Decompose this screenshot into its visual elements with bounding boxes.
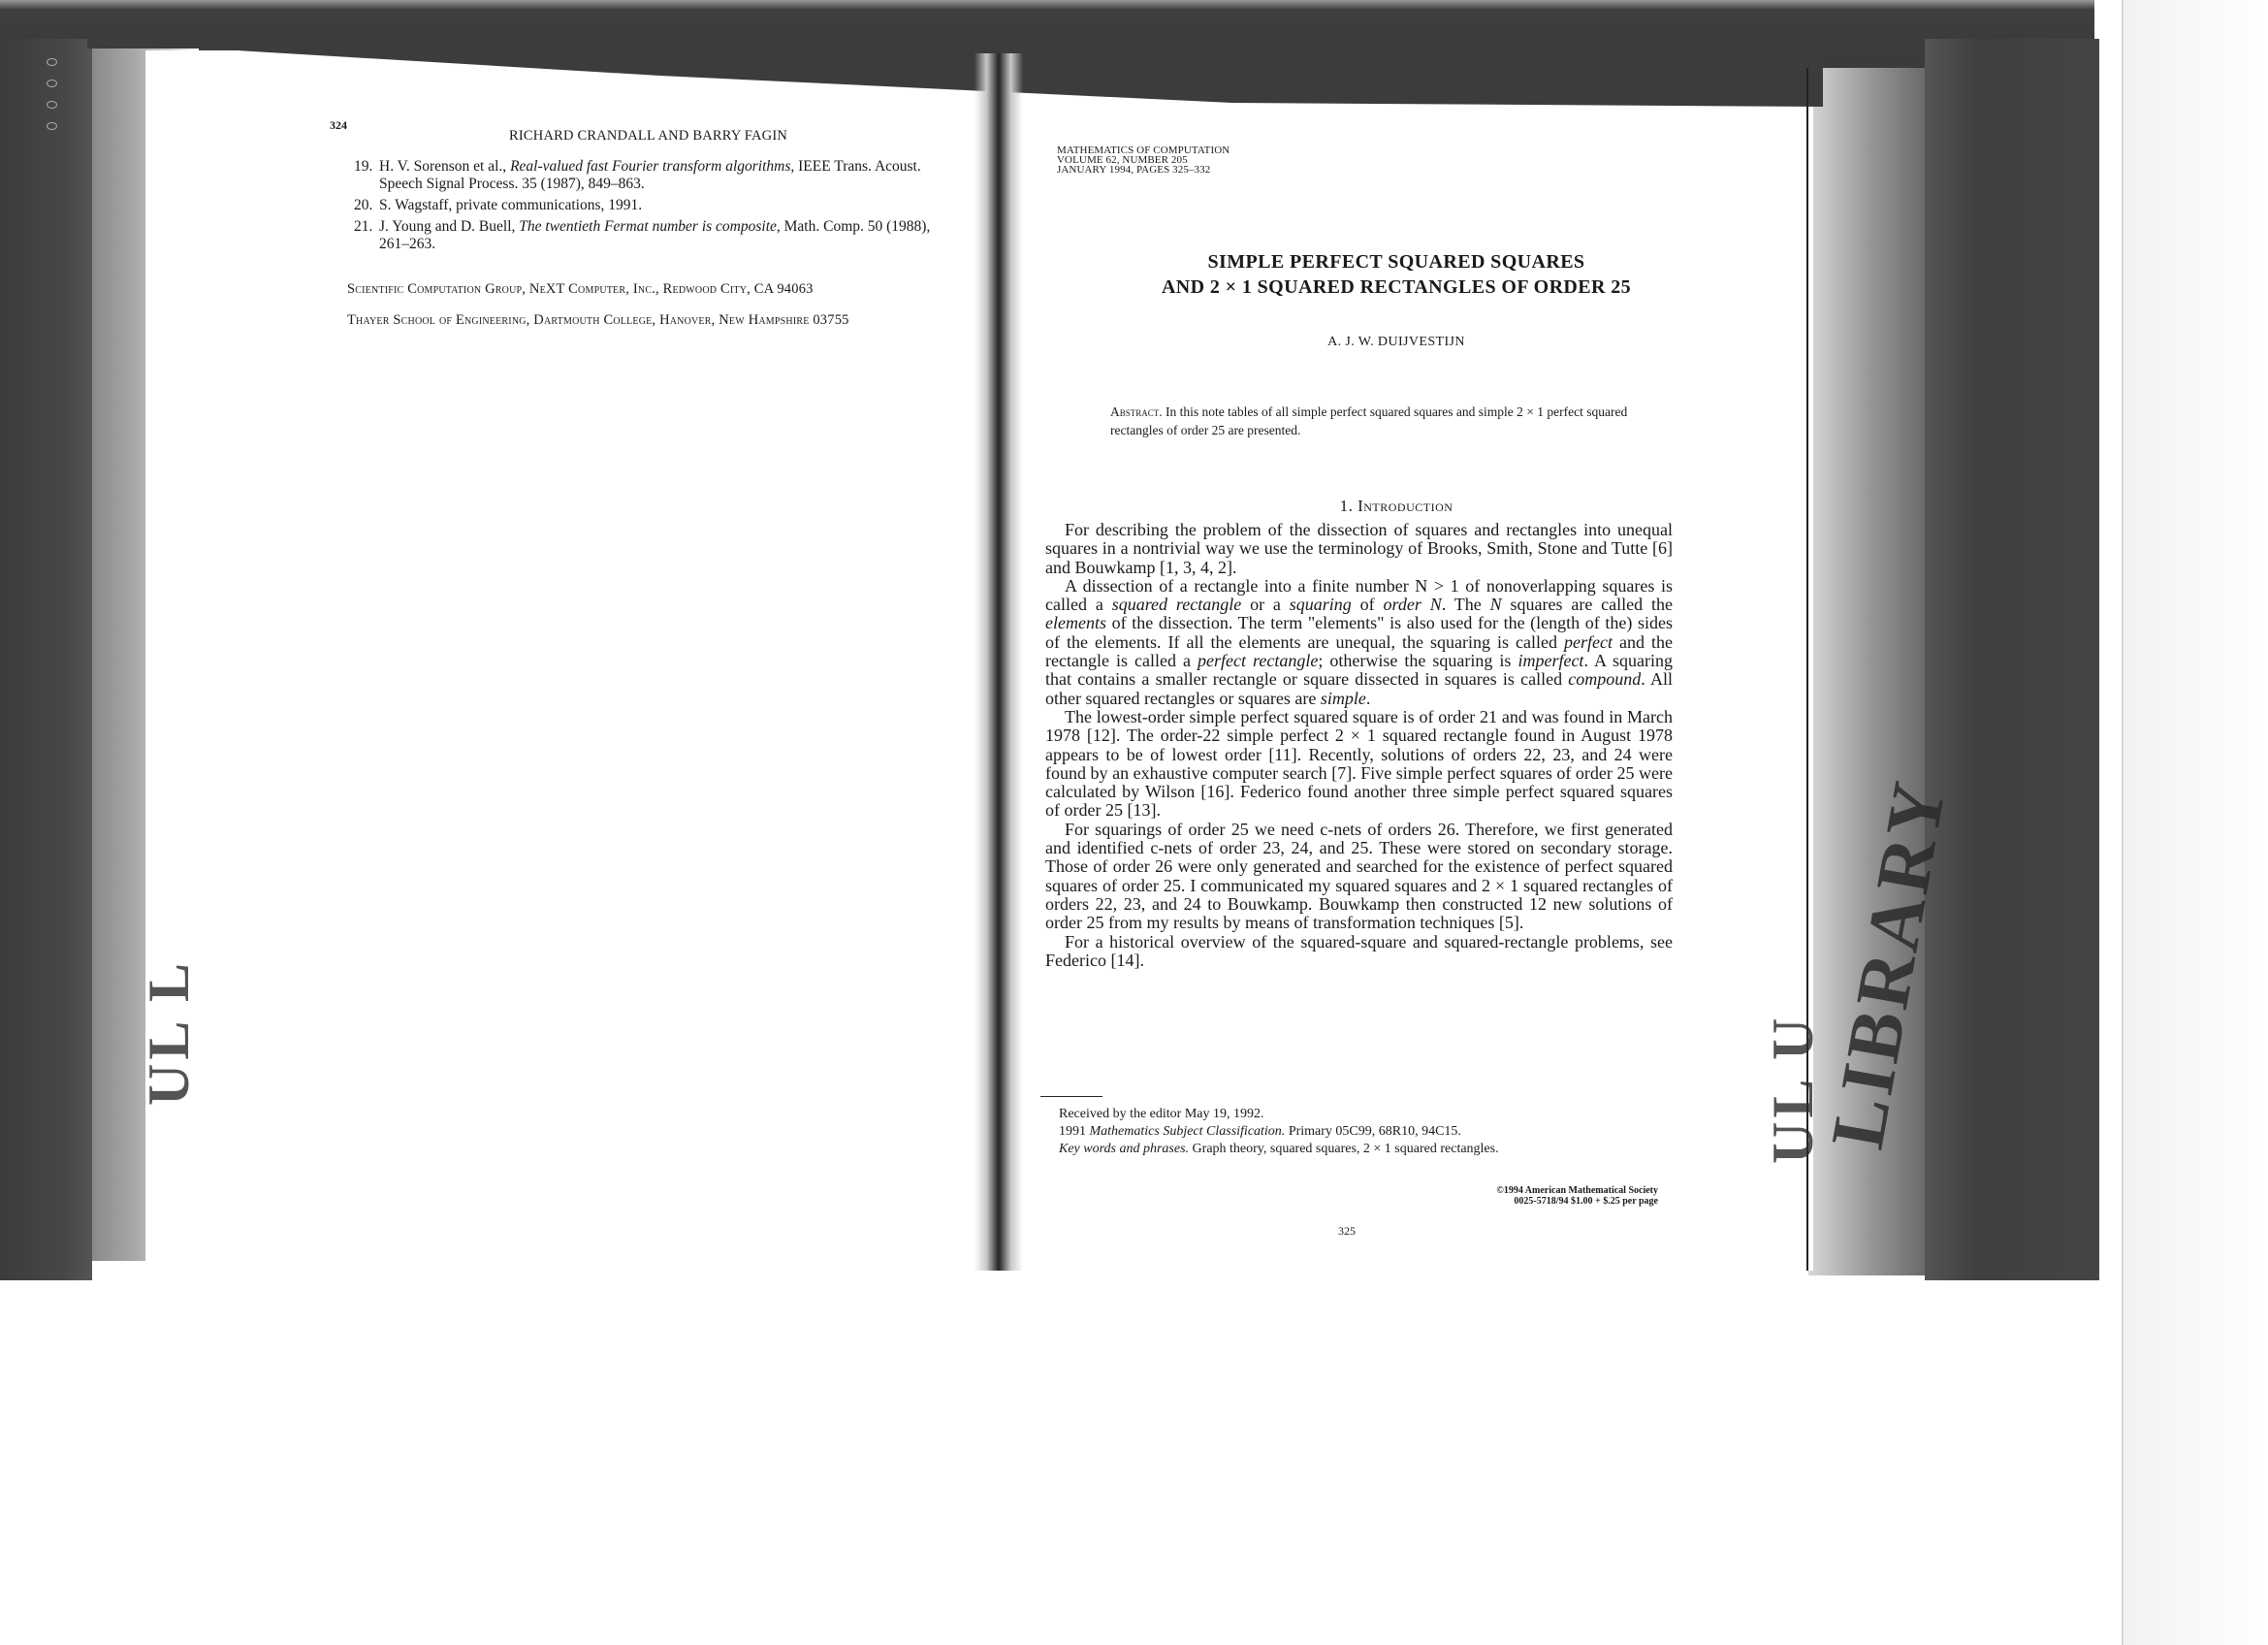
copyright-line: ©1994 American Mathematical Society bbox=[1406, 1185, 1658, 1196]
footnote-rule bbox=[1040, 1096, 1102, 1097]
page-number-right: 325 bbox=[1338, 1224, 1356, 1239]
journal-info: MATHEMATICS OF COMPUTATION VOLUME 62, NU… bbox=[1057, 145, 1230, 175]
binding-hole-icon bbox=[47, 122, 57, 130]
binding-holes bbox=[47, 58, 60, 144]
footnote-received: Received by the editor May 19, 1992. bbox=[1059, 1106, 1641, 1123]
running-header: RICHARD CRANDALL AND BARRY FAGIN bbox=[509, 128, 787, 145]
paragraph: A dissection of a rectangle into a finit… bbox=[1045, 577, 1673, 708]
footnote-keywords: Key words and phrases. Graph theory, squ… bbox=[1059, 1141, 1641, 1158]
scanner-bed-margin bbox=[2124, 0, 2268, 1645]
body-text: For describing the problem of the dissec… bbox=[1045, 521, 1673, 970]
abstract: Abstract. In this note tables of all sim… bbox=[1110, 403, 1634, 439]
paper-title: SIMPLE PERFECT SQUARED SQUARES AND 2 × 1… bbox=[1057, 249, 1736, 300]
reference-19: 19. H. V. Sorenson et al., Real-valued f… bbox=[354, 158, 1033, 197]
reference-body: H. V. Sorenson et al., Real-valued fast … bbox=[379, 158, 1000, 193]
paper-author: A. J. W. DUIJVESTIJN bbox=[1057, 335, 1736, 350]
book-cover-left-edge bbox=[0, 39, 92, 1280]
reference-number: 20. bbox=[354, 197, 372, 214]
paragraph: The lowest-order simple perfect squared … bbox=[1045, 708, 1673, 821]
section-heading: 1. Introduction bbox=[1057, 497, 1736, 516]
affiliation-fagin: Thayer School of Engineering, Dartmouth … bbox=[347, 312, 849, 329]
reference-20: 20. S. Wagstaff, private communications,… bbox=[354, 197, 1033, 216]
journal-date-pages: JANUARY 1994, PAGES 325–332 bbox=[1057, 165, 1230, 175]
binding-hole-icon bbox=[47, 80, 57, 87]
abstract-text: In this note tables of all simple perfec… bbox=[1110, 404, 1627, 437]
library-stamp-fragment: UL U bbox=[1760, 1015, 1827, 1164]
binding-hole-icon bbox=[47, 101, 57, 109]
footnotes: Received by the editor May 19, 1992. 199… bbox=[1059, 1106, 1641, 1158]
footnote-msc: 1991 Mathematics Subject Classification.… bbox=[1059, 1123, 1641, 1141]
reference-number: 19. bbox=[354, 158, 372, 176]
library-stamp-left: UL L bbox=[136, 959, 203, 1106]
title-line-1: SIMPLE PERFECT SQUARED SQUARES bbox=[1057, 249, 1736, 274]
page-number-left: 324 bbox=[330, 118, 347, 133]
reference-21: 21. J. Young and D. Buell, The twentieth… bbox=[354, 218, 1033, 257]
reference-body: S. Wagstaff, private communications, 199… bbox=[379, 197, 1000, 214]
copyright-notice: ©1994 American Mathematical Society 0025… bbox=[1406, 1185, 1658, 1207]
title-line-2: AND 2 × 1 SQUARED RECTANGLES OF ORDER 25 bbox=[1057, 274, 1736, 300]
reference-number: 21. bbox=[354, 218, 372, 236]
scanner-bed-edge bbox=[2122, 0, 2124, 1645]
affiliation-crandall: Scientific Computation Group, NeXT Compu… bbox=[347, 281, 814, 298]
reference-body: J. Young and D. Buell, The twentieth Fer… bbox=[379, 218, 1000, 253]
price-line: 0025-5718/94 $1.00 + $.25 per page bbox=[1406, 1196, 1658, 1207]
abstract-label: Abstract. bbox=[1110, 404, 1163, 419]
paragraph: For squarings of order 25 we need c-nets… bbox=[1045, 821, 1673, 933]
paragraph: For describing the problem of the dissec… bbox=[1045, 521, 1673, 577]
binding-hole-icon bbox=[47, 58, 57, 66]
paragraph: For a historical overview of the squared… bbox=[1045, 933, 1673, 971]
reference-title: Real-valued fast Fourier transform algor… bbox=[510, 158, 790, 175]
reference-title: The twentieth Fermat number is composite bbox=[519, 218, 777, 235]
book-cover-right-edge bbox=[1925, 39, 2099, 1280]
